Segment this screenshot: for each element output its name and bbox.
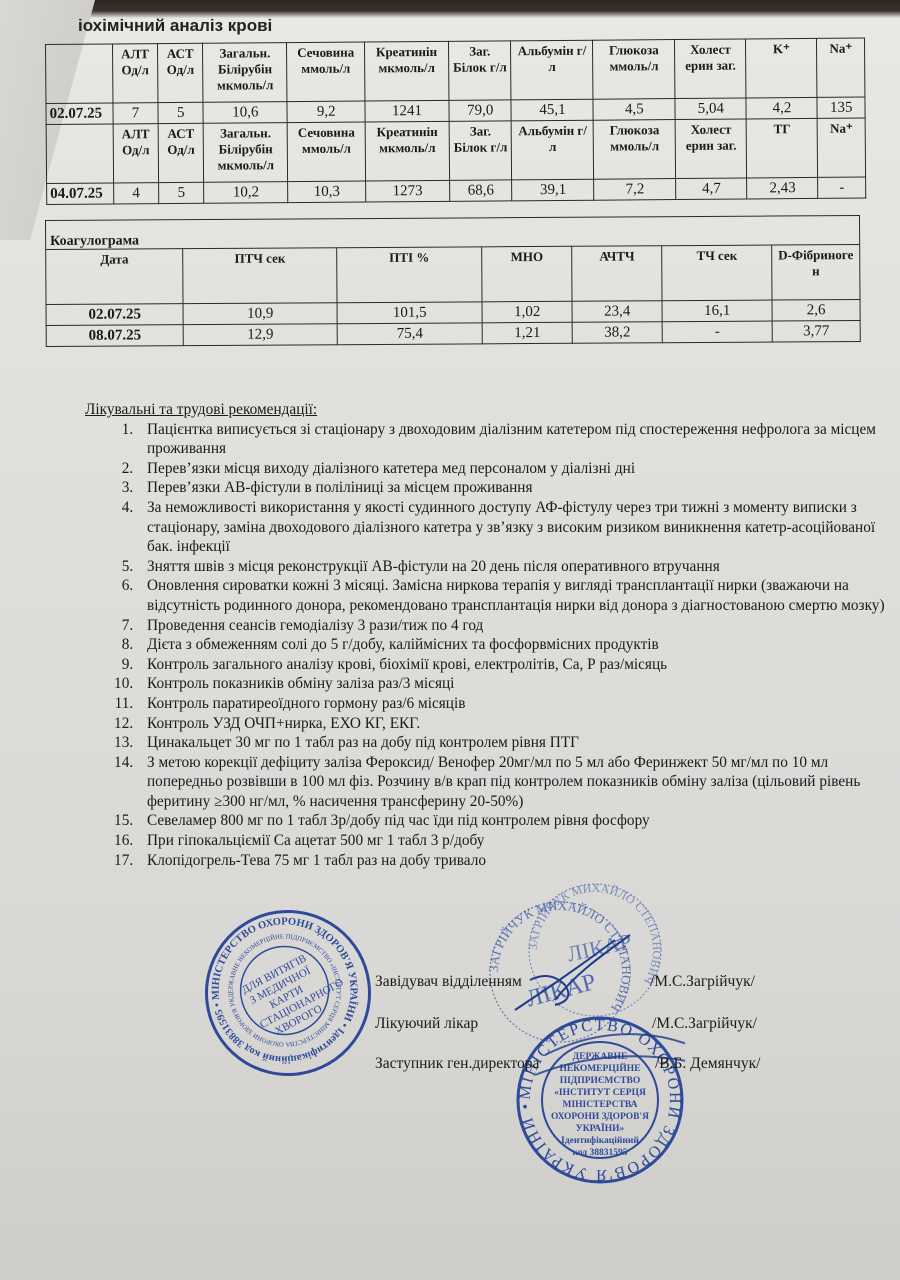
document-page: іохімічний аналіз крові АЛТ Од/лАСТ Од/л…: [0, 0, 900, 1280]
table-cell: 12,9: [183, 324, 337, 346]
signature-role-head: Завідувач відділенням: [375, 973, 522, 991]
recommendation-item: Оновлення сироватки кожні 3 місяці. Замі…: [137, 576, 885, 615]
row-date: 04.07.25: [47, 183, 114, 205]
stamp-institute-line: «ІНСТИТУТ СЕРЦЯ: [554, 1088, 646, 1098]
table-cell: 23,4: [572, 301, 662, 323]
signature-name-head: /М.С.Загрійчук/: [650, 973, 755, 991]
table-cell: 39,1: [512, 179, 594, 201]
column-header: K⁺: [746, 38, 818, 98]
table-row: 08.07.2512,975,41,2138,2-3,77: [46, 321, 860, 347]
table-cell: 16,1: [662, 300, 772, 322]
stamp-institute-line: МІНІСТЕРСТВА: [563, 1100, 638, 1110]
biochem-header-row: АЛТ Од/лАСТ Од/лЗагальн. Білірубін мкмол…: [46, 118, 865, 183]
column-header: Холест ерин заг.: [675, 119, 747, 179]
recommendation-item: Проведення сеансів гемодіалізу 3 рази/ти…: [137, 616, 885, 636]
column-header: ТГ: [746, 118, 818, 178]
column-header: ТЧ сек: [662, 245, 772, 301]
svg-text:ЗАГРІЙЧУК МИХАЙЛО СТЕПАНОВИЧ: ЗАГРІЙЧУК МИХАЙЛО СТЕПАНОВИЧ: [526, 881, 664, 987]
column-header: D-Фібриноген: [772, 245, 860, 301]
stamp-doctor-center-text: ЛІКАР: [524, 969, 599, 1012]
recommendation-item: З метою корекції дефіциту заліза Ферокси…: [137, 753, 885, 812]
table-cell: 10,2: [204, 182, 288, 204]
recommendations-title: Лікувальні та трудові рекомендації:: [85, 400, 885, 420]
recommendation-item: Дієта з обмеженням солі до 5 г/добу, кал…: [137, 635, 885, 655]
column-header: Загальн. Білірубін мкмоль/л: [203, 43, 288, 103]
table-cell: 9,2: [287, 101, 365, 123]
recommendation-item: Перев’язки місця виходу діалізного катет…: [137, 459, 885, 479]
signature-name-deputy: /В.Б. Демянчук/: [655, 1055, 760, 1073]
column-header: АЛТ Од/л: [112, 44, 158, 103]
table-cell: 4,7: [676, 178, 747, 200]
table-cell: 68,6: [450, 180, 513, 201]
recommendation-item: Севеламер 800 мг по 1 табл 3р/добу під ч…: [137, 811, 885, 831]
column-header: Альбумін г/л: [511, 40, 593, 100]
table-cell: 38,2: [572, 322, 662, 344]
table-cell: -: [662, 321, 772, 343]
recommendation-item: Зняття швів з місця реконструкції АВ-фіс…: [137, 557, 885, 577]
recommendation-item: Клопідогрель-Тева 75 мг 1 табл раз на до…: [137, 851, 885, 871]
header-blank-cell: [46, 44, 113, 104]
table-cell: 2,43: [747, 177, 818, 199]
recommendations-list: Пацієнтка виписується зі стаціонару з дв…: [85, 420, 885, 871]
signature-name-doctor: /М.С.Загрійчук/: [652, 1015, 757, 1033]
column-header: Дата: [46, 249, 184, 305]
column-header: Глюкоза ммоль/л: [593, 40, 675, 100]
column-header: Креатинін мкмоль/л: [364, 41, 449, 101]
coagulogram-table: КоагулограмаДатаПТЧ секПТІ %МНОАЧТЧТЧ се…: [45, 215, 861, 347]
stamp-extracts: МІНІСТЕРСТВО ОХОРОНИ ЗДОРОВ'Я УКРАЇНИ • …: [194, 899, 381, 1086]
coagulogram-header-row: ДатаПТЧ секПТІ %МНОАЧТЧТЧ секD-Фібриноге…: [46, 245, 860, 305]
table-cell: 45,1: [511, 99, 593, 121]
table-cell: 4: [113, 183, 158, 204]
column-header: Заг. Білок г/л: [448, 41, 511, 100]
recommendation-item: Контроль показників обміну заліза раз/3 …: [137, 674, 885, 694]
column-header: Глюкоза ммоль/л: [593, 120, 675, 180]
table-cell: 2,6: [772, 300, 860, 322]
column-header: Альбумін г/л: [512, 120, 594, 180]
column-header: ПТІ %: [337, 247, 482, 303]
recommendation-item: Перев’язки АВ-фістули в поліліниці за мі…: [137, 478, 885, 498]
signature-role-deputy: Заступник ген.директора: [375, 1055, 539, 1073]
biochem-table: АЛТ Од/лАСТ Од/лЗагальн. Білірубін мкмол…: [45, 38, 866, 205]
biochem-title: іохімічний аналіз крові: [78, 16, 272, 36]
column-header: Na⁺: [817, 38, 865, 97]
column-header: Сечовина ммоль/л: [287, 122, 365, 182]
table-cell: 75,4: [337, 323, 482, 345]
table-cell: 4,5: [593, 99, 675, 121]
recommendation-item: Контроль паратиреоїдного гормону раз/6 м…: [137, 694, 885, 714]
table-cell: 7: [113, 103, 158, 124]
stamp-institute-line: УКРАЇНИ»: [576, 1121, 625, 1134]
recommendation-item: Контроль УЗД ОЧП+нирка, ЕХО КГ, ЕКГ.: [137, 714, 885, 734]
table-cell: 1241: [365, 100, 449, 122]
table-cell: 101,5: [337, 302, 482, 324]
recommendation-item: Цинакальцет 30 мг по 1 табл раз на добу …: [137, 733, 885, 753]
column-header: Креатинін мкмоль/л: [365, 121, 450, 181]
table-cell: 10,6: [203, 102, 287, 124]
table-cell: 3,77: [772, 321, 860, 343]
column-header: Загальн. Білірубін мкмоль/л: [203, 123, 288, 183]
stamp-institute-line: ОХОРОНИ ЗДОРОВ'Я: [551, 1112, 649, 1122]
row-date: 02.07.25: [46, 103, 113, 125]
table-cell: 5: [158, 102, 203, 123]
column-header: Сечовина ммоль/л: [287, 42, 365, 102]
stamp-institute-line: код 38831595: [572, 1148, 627, 1158]
stamp-institute-line: Ідентифікаційний: [561, 1135, 639, 1146]
column-header: АЛТ Од/л: [113, 124, 159, 183]
row-date: 02.07.25: [46, 304, 183, 326]
table-cell: 4,2: [746, 97, 817, 119]
table-cell: 1,21: [482, 322, 572, 344]
recommendation-item: За неможливості використання у якості су…: [137, 498, 885, 557]
signature-role-doctor: Лікуючий лікар: [375, 1015, 478, 1033]
table-cell: 10,3: [288, 181, 366, 203]
header-blank-cell: [46, 124, 113, 184]
column-header: МНО: [482, 246, 572, 302]
column-header: ПТЧ сек: [183, 248, 337, 304]
table-cell: 5,04: [675, 98, 746, 120]
table-cell: 10,9: [183, 303, 337, 325]
column-header: АЧТЧ: [572, 246, 662, 302]
column-header: Заг. Білок г/л: [449, 121, 512, 180]
column-header: АСТ Од/л: [158, 43, 204, 102]
table-cell: 79,0: [449, 100, 512, 121]
column-header: АСТ Од/л: [158, 123, 204, 182]
table-cell: 7,2: [594, 179, 676, 201]
table-cell: 1,02: [482, 301, 572, 323]
recommendations: Лікувальні та трудові рекомендації: Паці…: [85, 400, 885, 870]
recommendation-item: При гіпокальціємії Са ацетат 500 мг 1 та…: [137, 831, 885, 851]
table-cell: 1273: [366, 180, 450, 202]
recommendation-item: Пацієнтка виписується зі стаціонару з дв…: [137, 420, 885, 459]
column-header: Холест ерин заг.: [675, 39, 747, 99]
stamp-institute: МІНІСТЕРСТВО ОХОРОНИ ЗДОРОВ'Я УКРАЇНИ • …: [515, 1015, 685, 1185]
stamp-institute-line: ПІДПРИЄМСТВО: [560, 1076, 641, 1086]
row-date: 08.07.25: [46, 325, 183, 347]
column-header: Na⁺: [818, 118, 866, 177]
table-cell: -: [818, 177, 866, 198]
recommendation-item: Контроль загального аналізу крові, біохі…: [137, 655, 885, 675]
biochem-header-row: АЛТ Од/лАСТ Од/лЗагальн. Білірубін мкмол…: [46, 38, 865, 103]
table-cell: 135: [817, 97, 865, 118]
stamp-doctor-ring-text-2: ЗАГРІЙЧУК МИХАЙЛО СТЕПАНОВИЧ: [526, 881, 664, 987]
table-cell: 5: [159, 182, 204, 203]
